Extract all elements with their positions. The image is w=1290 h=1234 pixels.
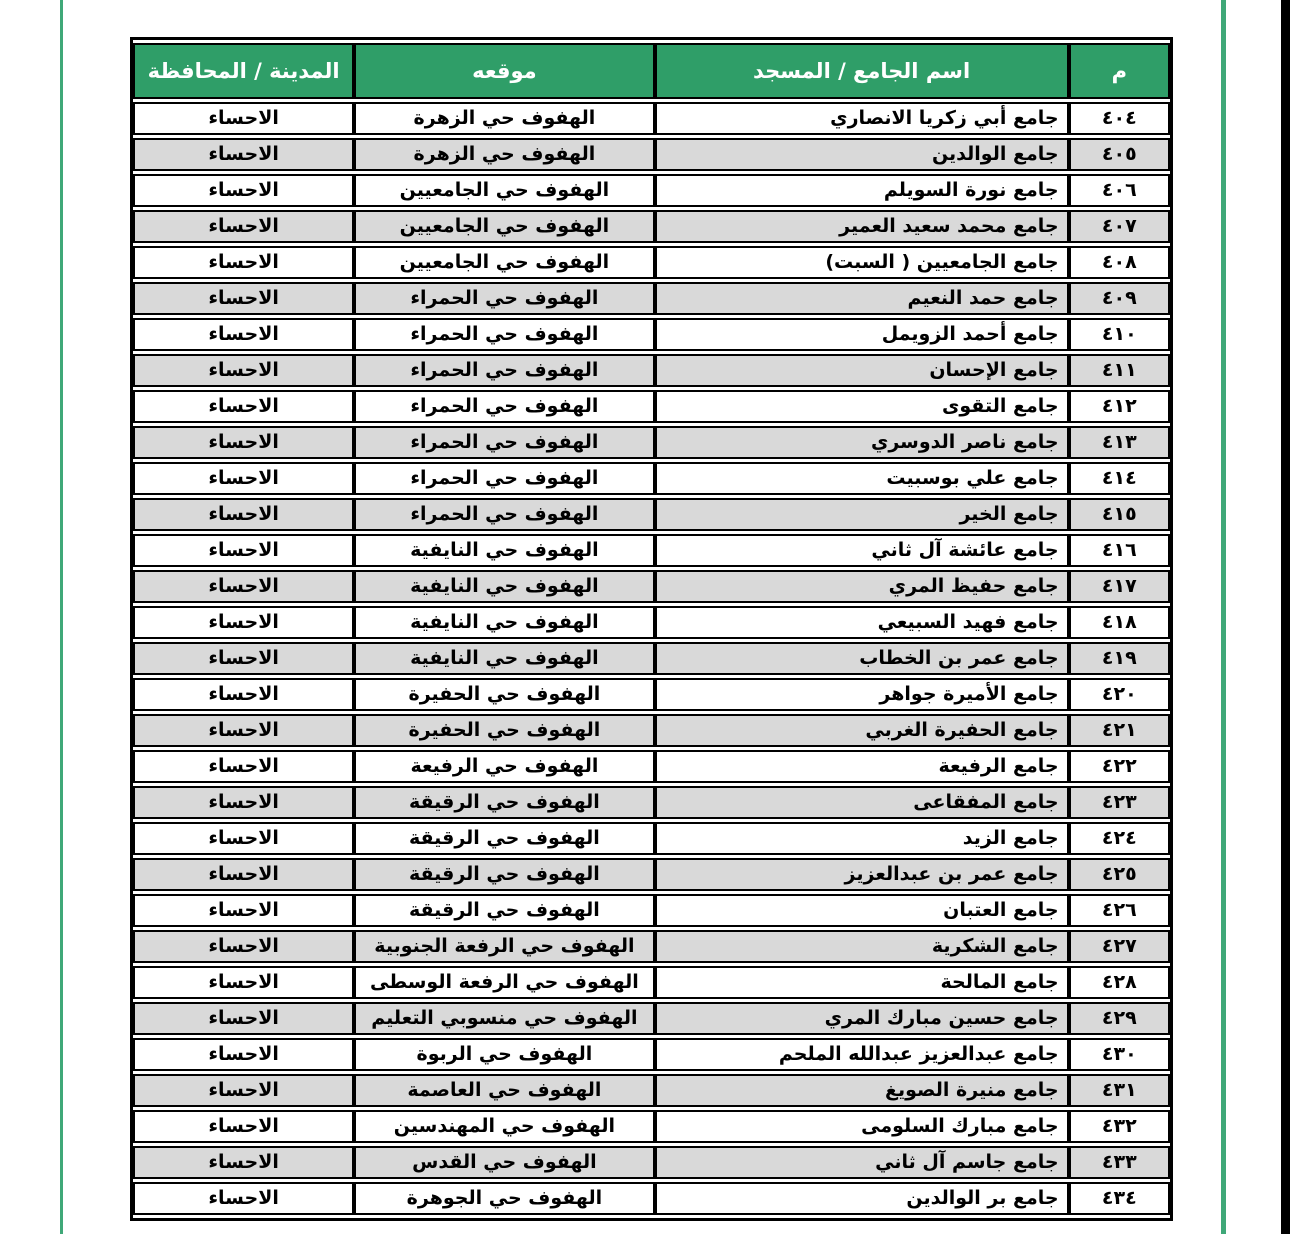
cell-location: الهفوف حي منسوبي التعليم xyxy=(354,1002,654,1035)
cell-mosque-name: جامع محمد سعيد العمير xyxy=(655,210,1069,243)
cell-number: ٤٣٤ xyxy=(1069,1182,1170,1215)
cell-number: ٤٣١ xyxy=(1069,1074,1170,1107)
cell-mosque-name: جامع جاسم آل ثاني xyxy=(655,1146,1069,1179)
cell-mosque-name: جامع عبدالعزيز عبدالله الملحم xyxy=(655,1038,1069,1071)
cell-number: ٤٣٣ xyxy=(1069,1146,1170,1179)
cell-city: الاحساء xyxy=(133,642,354,675)
cell-number: ٤١٢ xyxy=(1069,390,1170,423)
cell-city: الاحساء xyxy=(133,822,354,855)
cell-mosque-name: جامع أحمد الزويمل xyxy=(655,318,1069,351)
cell-mosque-name: جامع الوالدين xyxy=(655,138,1069,171)
cell-city: الاحساء xyxy=(133,1146,354,1179)
table-body: ٤٠٤ جامع أبي زكريا الانصاري الهفوف حي ال… xyxy=(133,102,1170,1215)
cell-number: ٤٢٨ xyxy=(1069,966,1170,999)
table-row: ٤٢٦ جامع العتبان الهفوف حي الرقيقة الاحس… xyxy=(133,894,1170,927)
cell-number: ٤٢٤ xyxy=(1069,822,1170,855)
table-row: ٤١٩ جامع عمر بن الخطاب الهفوف حي النايفي… xyxy=(133,642,1170,675)
cell-city: الاحساء xyxy=(133,570,354,603)
cell-mosque-name: جامع الأميرة جواهر xyxy=(655,678,1069,711)
table-row: ٤٣٠ جامع عبدالعزيز عبدالله الملحم الهفوف… xyxy=(133,1038,1170,1071)
cell-number: ٤٣٢ xyxy=(1069,1110,1170,1143)
cell-number: ٤٢٩ xyxy=(1069,1002,1170,1035)
cell-city: الاحساء xyxy=(133,1074,354,1107)
cell-location: الهفوف حي المهندسين xyxy=(354,1110,654,1143)
cell-number: ٤٢٧ xyxy=(1069,930,1170,963)
table-row: ٤١٢ جامع التقوى الهفوف حي الحمراء الاحسا… xyxy=(133,390,1170,423)
cell-city: الاحساء xyxy=(133,282,354,315)
mosques-table: م اسم الجامع / المسجد موقعه المدينة / ال… xyxy=(133,40,1170,1218)
cell-city: الاحساء xyxy=(133,318,354,351)
cell-mosque-name: جامع نورة السويلم xyxy=(655,174,1069,207)
header-cell-city: المدينة / المحافظة xyxy=(133,43,354,99)
cell-location: الهفوف حي الرقيقة xyxy=(354,858,654,891)
cell-city: الاحساء xyxy=(133,174,354,207)
cell-city: الاحساء xyxy=(133,138,354,171)
cell-location: الهفوف حي الزهرة xyxy=(354,138,654,171)
cell-city: الاحساء xyxy=(133,1038,354,1071)
cell-number: ٤١٨ xyxy=(1069,606,1170,639)
left-green-rule xyxy=(60,0,63,1234)
cell-location: الهفوف حي النايفية xyxy=(354,534,654,567)
cell-city: الاحساء xyxy=(133,498,354,531)
cell-location: الهفوف حي الزهرة xyxy=(354,102,654,135)
cell-mosque-name: جامع أبي زكريا الانصاري xyxy=(655,102,1069,135)
cell-mosque-name: جامع عمر بن عبدالعزيز xyxy=(655,858,1069,891)
cell-number: ٤١٩ xyxy=(1069,642,1170,675)
cell-location: الهفوف حي الرفعة الجنوبية xyxy=(354,930,654,963)
table-row: ٤٣١ جامع منيرة الصويغ الهفوف حي العاصمة … xyxy=(133,1074,1170,1107)
table-header: م اسم الجامع / المسجد موقعه المدينة / ال… xyxy=(133,43,1170,99)
cell-location: الهفوف حي النايفية xyxy=(354,606,654,639)
cell-city: الاحساء xyxy=(133,714,354,747)
cell-city: الاحساء xyxy=(133,246,354,279)
cell-location: الهفوف حي العاصمة xyxy=(354,1074,654,1107)
table-row: ٤٢٧ جامع الشكرية الهفوف حي الرفعة الجنوب… xyxy=(133,930,1170,963)
cell-city: الاحساء xyxy=(133,894,354,927)
cell-number: ٤٢٣ xyxy=(1069,786,1170,819)
cell-city: الاحساء xyxy=(133,210,354,243)
cell-city: الاحساء xyxy=(133,786,354,819)
cell-number: ٤١٥ xyxy=(1069,498,1170,531)
cell-number: ٤١٦ xyxy=(1069,534,1170,567)
cell-mosque-name: جامع التقوى xyxy=(655,390,1069,423)
cell-location: الهفوف حي الحمراء xyxy=(354,426,654,459)
cell-location: الهفوف حي الحمراء xyxy=(354,390,654,423)
cell-number: ٤١١ xyxy=(1069,354,1170,387)
cell-location: الهفوف حي الرقيقة xyxy=(354,786,654,819)
cell-number: ٤٢١ xyxy=(1069,714,1170,747)
cell-mosque-name: جامع ناصر الدوسري xyxy=(655,426,1069,459)
cell-city: الاحساء xyxy=(133,426,354,459)
right-black-strip xyxy=(1281,0,1290,1234)
cell-city: الاحساء xyxy=(133,966,354,999)
table-row: ٤٢٣ جامع المفقاعى الهفوف حي الرقيقة الاح… xyxy=(133,786,1170,819)
table-row: ٤١٨ جامع فهيد السبيعي الهفوف حي النايفية… xyxy=(133,606,1170,639)
header-row: م اسم الجامع / المسجد موقعه المدينة / ال… xyxy=(133,43,1170,99)
table-row: ٤١٣ جامع ناصر الدوسري الهفوف حي الحمراء … xyxy=(133,426,1170,459)
cell-mosque-name: جامع الخير xyxy=(655,498,1069,531)
cell-location: الهفوف حي النايفية xyxy=(354,642,654,675)
table-row: ٤٠٧ جامع محمد سعيد العمير الهفوف حي الجا… xyxy=(133,210,1170,243)
cell-city: الاحساء xyxy=(133,354,354,387)
cell-city: الاحساء xyxy=(133,750,354,783)
mosques-table-container: م اسم الجامع / المسجد موقعه المدينة / ال… xyxy=(130,37,1173,1221)
cell-number: ٤٠٧ xyxy=(1069,210,1170,243)
cell-mosque-name: جامع حمد النعيم xyxy=(655,282,1069,315)
table-row: ٤٢٢ جامع الرفيعة الهفوف حي الرفيعة الاحس… xyxy=(133,750,1170,783)
cell-mosque-name: جامع الرفيعة xyxy=(655,750,1069,783)
cell-mosque-name: جامع المالحة xyxy=(655,966,1069,999)
cell-city: الاحساء xyxy=(133,930,354,963)
table-row: ٤٠٤ جامع أبي زكريا الانصاري الهفوف حي ال… xyxy=(133,102,1170,135)
table-row: ٤٢٠ جامع الأميرة جواهر الهفوف حي الحفيرة… xyxy=(133,678,1170,711)
table-row: ٤٣٢ جامع مبارك السلومى الهفوف حي المهندس… xyxy=(133,1110,1170,1143)
cell-city: الاحساء xyxy=(133,462,354,495)
header-cell-location: موقعه xyxy=(354,43,654,99)
cell-location: الهفوف حي الحفيرة xyxy=(354,678,654,711)
table-row: ٤١٧ جامع حفيظ المري الهفوف حي النايفية ا… xyxy=(133,570,1170,603)
cell-location: الهفوف حي النايفية xyxy=(354,570,654,603)
cell-mosque-name: جامع المفقاعى xyxy=(655,786,1069,819)
table-row: ٤١٠ جامع أحمد الزويمل الهفوف حي الحمراء … xyxy=(133,318,1170,351)
table-row: ٤١٦ جامع عائشة آل ثاني الهفوف حي النايفي… xyxy=(133,534,1170,567)
cell-location: الهفوف حي الجامعيين xyxy=(354,210,654,243)
cell-mosque-name: جامع بر الوالدين xyxy=(655,1182,1069,1215)
cell-mosque-name: جامع الجامعيين ( السبت) xyxy=(655,246,1069,279)
cell-number: ٤٢٢ xyxy=(1069,750,1170,783)
cell-mosque-name: جامع عمر بن الخطاب xyxy=(655,642,1069,675)
cell-number: ٤٠٩ xyxy=(1069,282,1170,315)
cell-mosque-name: جامع الشكرية xyxy=(655,930,1069,963)
cell-mosque-name: جامع حسين مبارك المري xyxy=(655,1002,1069,1035)
cell-mosque-name: جامع فهيد السبيعي xyxy=(655,606,1069,639)
cell-location: الهفوف حي الرفعة الوسطى xyxy=(354,966,654,999)
cell-number: ٤٣٠ xyxy=(1069,1038,1170,1071)
cell-number: ٤١٤ xyxy=(1069,462,1170,495)
cell-location: الهفوف حي الربوة xyxy=(354,1038,654,1071)
cell-number: ٤١٠ xyxy=(1069,318,1170,351)
table-row: ٤١١ جامع الإحسان الهفوف حي الحمراء الاحس… xyxy=(133,354,1170,387)
table-row: ٤٣٤ جامع بر الوالدين الهفوف حي الجوهرة ا… xyxy=(133,1182,1170,1215)
table-row: ٤٠٥ جامع الوالدين الهفوف حي الزهرة الاحس… xyxy=(133,138,1170,171)
cell-city: الاحساء xyxy=(133,102,354,135)
cell-location: الهفوف حي الجامعيين xyxy=(354,174,654,207)
cell-city: الاحساء xyxy=(133,534,354,567)
cell-location: الهفوف حي الجامعيين xyxy=(354,246,654,279)
cell-location: الهفوف حي الرقيقة xyxy=(354,894,654,927)
cell-city: الاحساء xyxy=(133,678,354,711)
cell-number: ٤٠٨ xyxy=(1069,246,1170,279)
right-green-rule xyxy=(1221,0,1226,1234)
cell-mosque-name: جامع حفيظ المري xyxy=(655,570,1069,603)
cell-number: ٤٢٠ xyxy=(1069,678,1170,711)
cell-location: الهفوف حي الحفيرة xyxy=(354,714,654,747)
table-row: ٤٢١ جامع الحفيرة الغربي الهفوف حي الحفير… xyxy=(133,714,1170,747)
cell-city: الاحساء xyxy=(133,858,354,891)
table-row: ٤٢٥ جامع عمر بن عبدالعزيز الهفوف حي الرق… xyxy=(133,858,1170,891)
cell-mosque-name: جامع علي بوسبيت xyxy=(655,462,1069,495)
cell-mosque-name: جامع مبارك السلومى xyxy=(655,1110,1069,1143)
cell-mosque-name: جامع عائشة آل ثاني xyxy=(655,534,1069,567)
cell-number: ٤٢٦ xyxy=(1069,894,1170,927)
cell-location: الهفوف حي الرفيعة xyxy=(354,750,654,783)
cell-location: الهفوف حي الجوهرة xyxy=(354,1182,654,1215)
cell-city: الاحساء xyxy=(133,390,354,423)
cell-city: الاحساء xyxy=(133,606,354,639)
table-row: ٤٣٣ جامع جاسم آل ثاني الهفوف حي القدس ال… xyxy=(133,1146,1170,1179)
cell-number: ٤١٣ xyxy=(1069,426,1170,459)
cell-city: الاحساء xyxy=(133,1110,354,1143)
cell-city: الاحساء xyxy=(133,1002,354,1035)
cell-mosque-name: جامع منيرة الصويغ xyxy=(655,1074,1069,1107)
table-row: ٤١٥ جامع الخير الهفوف حي الحمراء الاحساء xyxy=(133,498,1170,531)
cell-location: الهفوف حي الحمراء xyxy=(354,354,654,387)
cell-location: الهفوف حي الحمراء xyxy=(354,498,654,531)
cell-mosque-name: جامع الإحسان xyxy=(655,354,1069,387)
cell-mosque-name: جامع العتبان xyxy=(655,894,1069,927)
table-row: ٤٢٨ جامع المالحة الهفوف حي الرفعة الوسطى… xyxy=(133,966,1170,999)
cell-number: ٤٠٦ xyxy=(1069,174,1170,207)
table-row: ٤٢٩ جامع حسين مبارك المري الهفوف حي منسو… xyxy=(133,1002,1170,1035)
table-row: ٤٠٦ جامع نورة السويلم الهفوف حي الجامعيي… xyxy=(133,174,1170,207)
cell-location: الهفوف حي الرقيقة xyxy=(354,822,654,855)
header-cell-number: م xyxy=(1069,43,1170,99)
cell-number: ٤٠٥ xyxy=(1069,138,1170,171)
cell-number: ٤١٧ xyxy=(1069,570,1170,603)
header-cell-mosque-name: اسم الجامع / المسجد xyxy=(655,43,1069,99)
cell-location: الهفوف حي الحمراء xyxy=(354,462,654,495)
table-row: ٤٠٨ جامع الجامعيين ( السبت) الهفوف حي ال… xyxy=(133,246,1170,279)
cell-location: الهفوف حي القدس xyxy=(354,1146,654,1179)
cell-location: الهفوف حي الحمراء xyxy=(354,282,654,315)
page: م اسم الجامع / المسجد موقعه المدينة / ال… xyxy=(0,0,1290,1234)
cell-city: الاحساء xyxy=(133,1182,354,1215)
cell-mosque-name: جامع الزيد xyxy=(655,822,1069,855)
table-row: ٤١٤ جامع علي بوسبيت الهفوف حي الحمراء ال… xyxy=(133,462,1170,495)
table-row: ٤٢٤ جامع الزيد الهفوف حي الرقيقة الاحساء xyxy=(133,822,1170,855)
cell-number: ٤٠٤ xyxy=(1069,102,1170,135)
cell-location: الهفوف حي الحمراء xyxy=(354,318,654,351)
cell-mosque-name: جامع الحفيرة الغربي xyxy=(655,714,1069,747)
cell-number: ٤٢٥ xyxy=(1069,858,1170,891)
table-row: ٤٠٩ جامع حمد النعيم الهفوف حي الحمراء ال… xyxy=(133,282,1170,315)
